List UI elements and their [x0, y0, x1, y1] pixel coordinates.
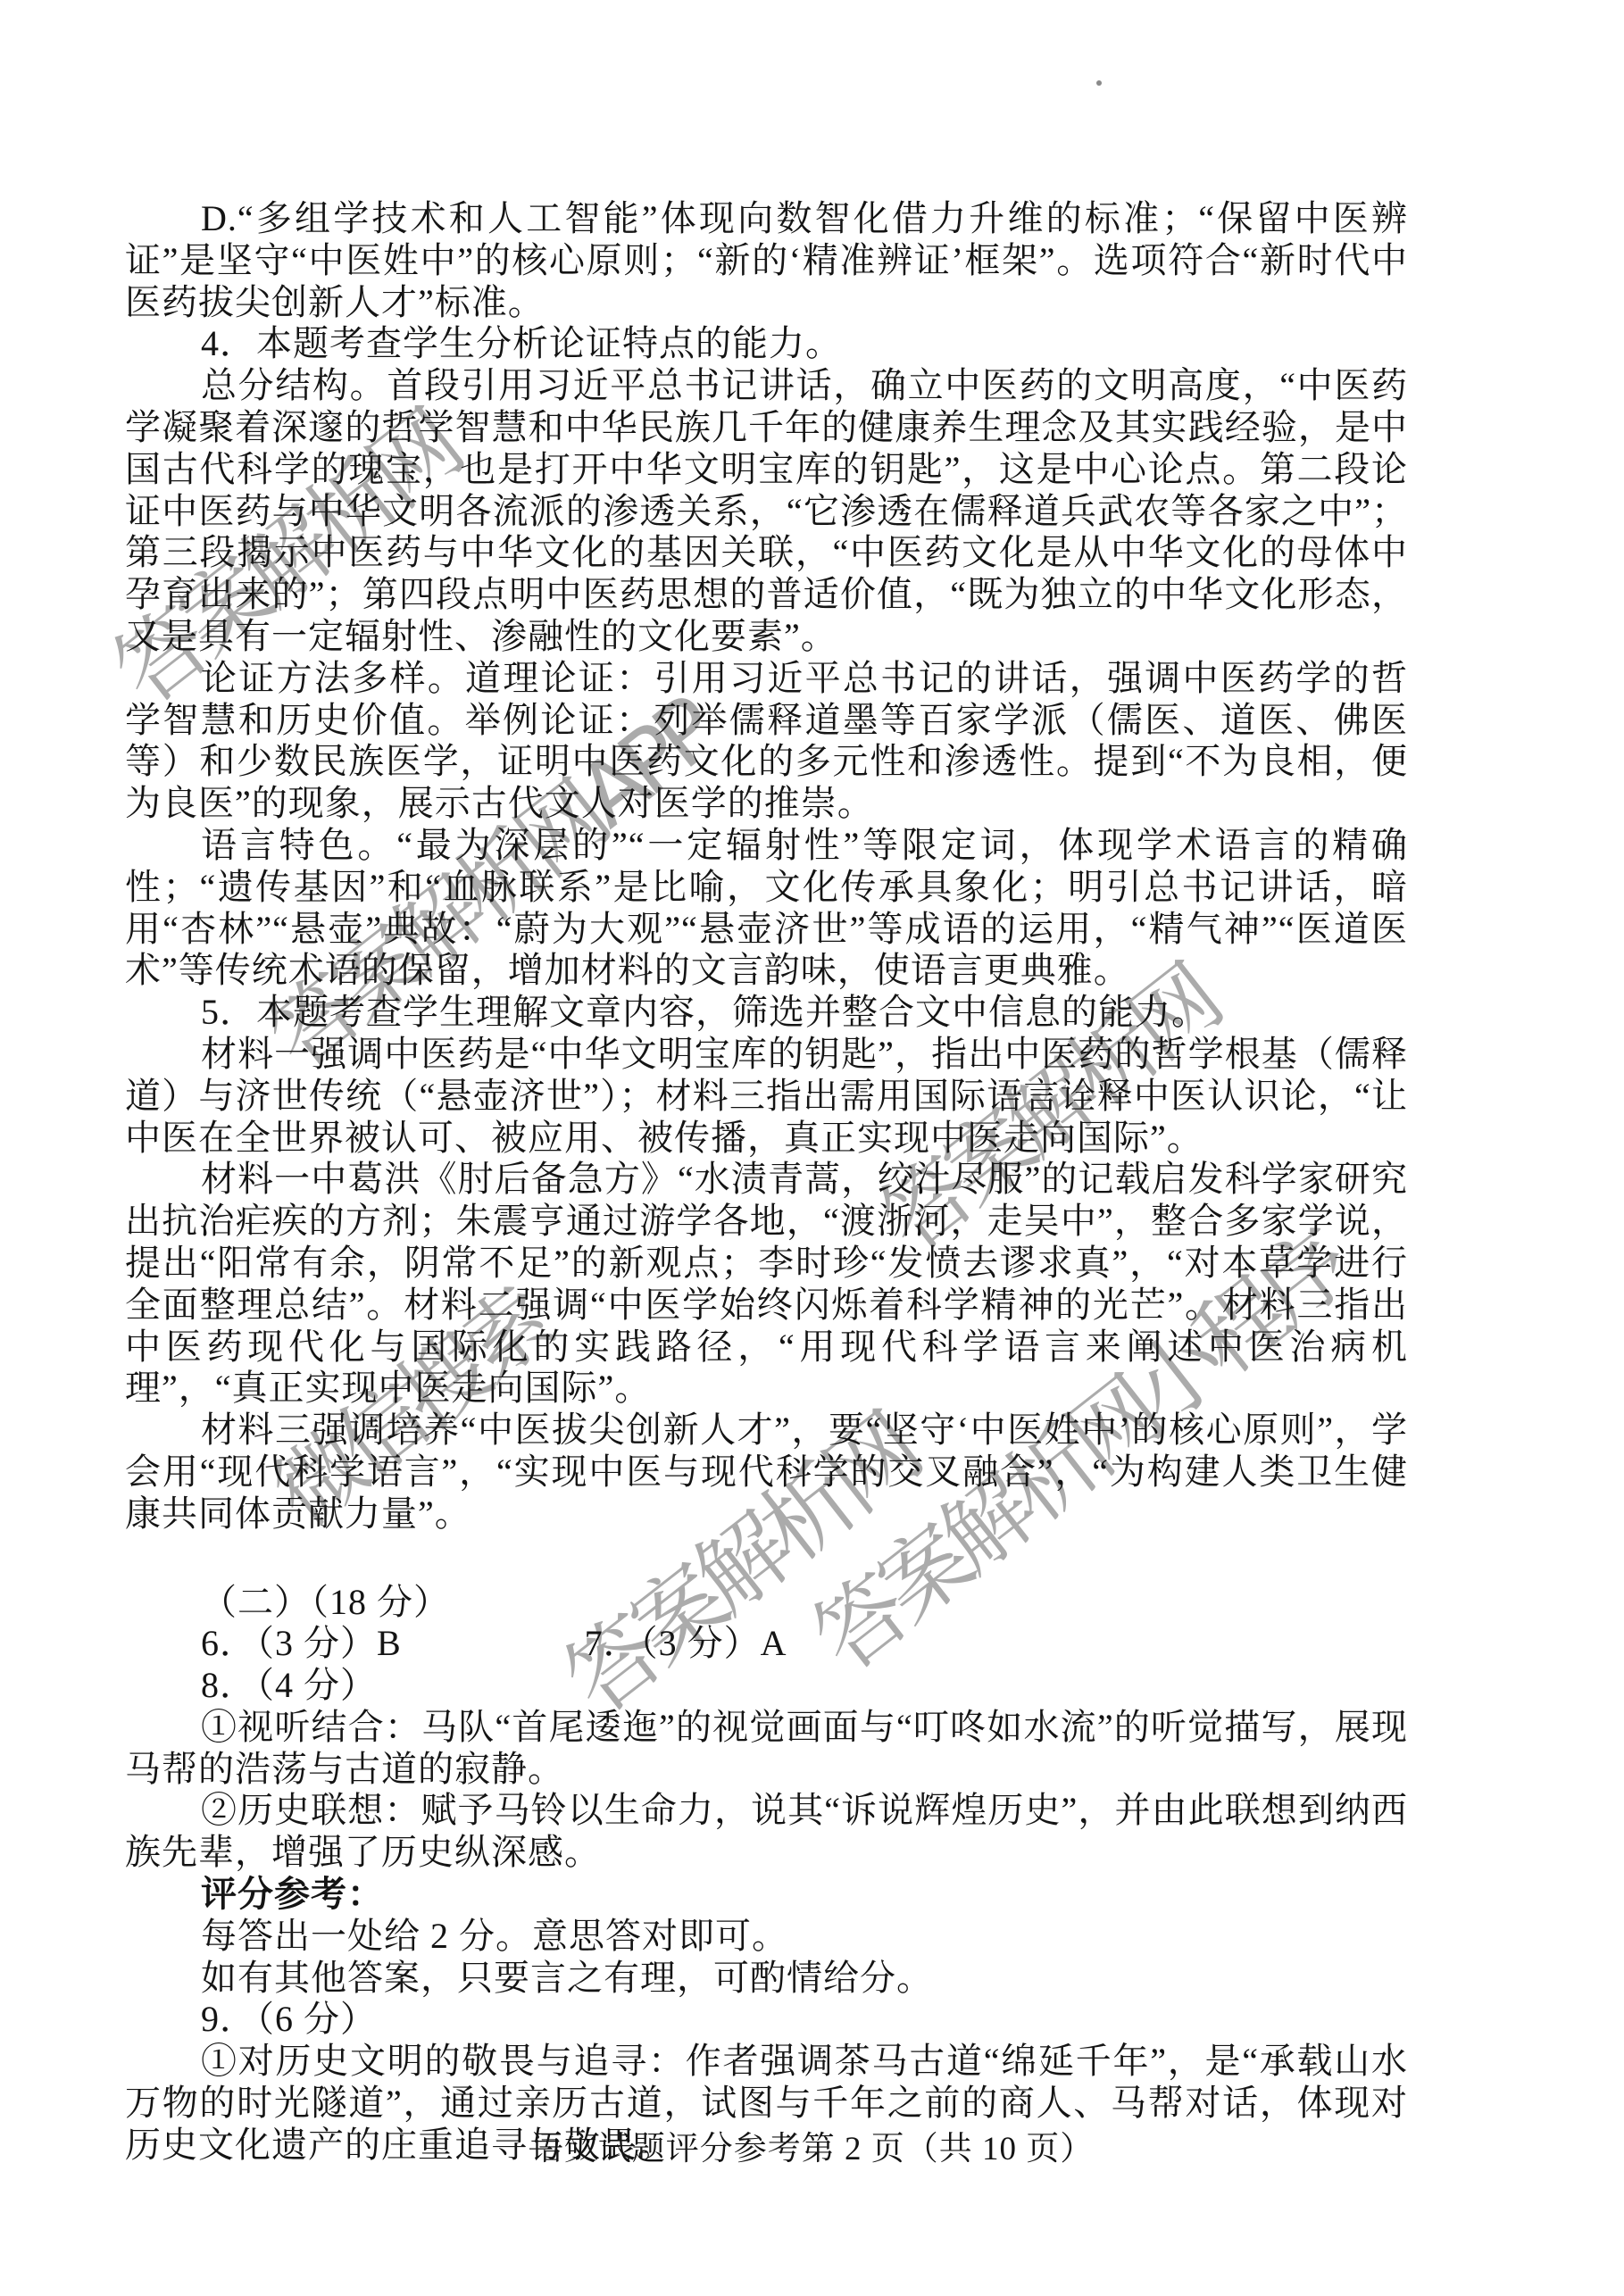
paragraph: 评分参考： [125, 1874, 1408, 1916]
paragraph: 6．（3 分）B 7．（3 分）A [125, 1623, 1408, 1665]
paragraph: 4．本题考查学生分析论证特点的能力。 [125, 323, 1408, 365]
paragraph: ①视听结合：马队“首尾逶迤”的视觉画面与“叮咚如水流”的听觉描写，展现马帮的浩荡… [125, 1707, 1408, 1791]
paragraph: 材料一中葛洪《肘后备急方》“水渍青蒿，绞汁尽服”的记载启发科学家研究出抗治疟疾的… [125, 1159, 1408, 1410]
paragraph: 每答出一处给 2 分。意思答对即可。 [125, 1916, 1408, 1958]
paragraph: 如有其他答案，只要言之有理，可酌情给分。 [125, 1958, 1408, 2000]
paragraph: 9．（6 分） [125, 1999, 1408, 2041]
paragraph: ②历史联想：赋予马铃以生命力，说其“诉说辉煌历史”，并由此联想到纳西族先辈，增强… [125, 1790, 1408, 1874]
paragraph: （二）（18 分） [125, 1582, 1408, 1624]
paragraph: 材料一强调中医药是“中华文明宝库的钥匙”，指出中医药的哲学根基（儒释道）与济世传… [125, 1034, 1408, 1159]
paragraph: 语言特色。“最为深层的”“一定辐射性”等限定词，体现学术语言的精确性；“遗传基因… [125, 825, 1408, 992]
paragraph: 5．本题考查学生理解文章内容，筛选并整合文中信息的能力。 [125, 992, 1408, 1034]
answer-text-block: D.“多组学技术和人工智能”体现向数智化借力升维的标准；“保留中医辨证”是坚守“… [125, 198, 1408, 2167]
answer-key-page: 答案解析网答案解析网APP微信搜索答案解析网答案解析网答案解析网小程序 D.“多… [0, 0, 1624, 2296]
scan-speck-dot [1096, 80, 1102, 86]
page-footer: 语文试题评分参考第 2 页（共 10 页） [0, 2121, 1624, 2169]
paragraph: 材料三强调培养“中医拔尖创新人才”，要“坚守‘中医姓中’的核心原则”，学会用“现… [125, 1410, 1408, 1535]
paragraph: 8．（4 分） [125, 1665, 1408, 1707]
paragraph: 总分结构。首段引用习近平总书记讲话，确立中医药的文明高度，“中医药学凝聚着深邃的… [125, 365, 1408, 658]
paragraph: 论证方法多样。道理论证：引用习近平总书记的讲话，强调中医药学的哲学智慧和历史价值… [125, 658, 1408, 825]
paragraph: D.“多组学技术和人工智能”体现向数智化借力升维的标准；“保留中医辨证”是坚守“… [125, 198, 1408, 323]
